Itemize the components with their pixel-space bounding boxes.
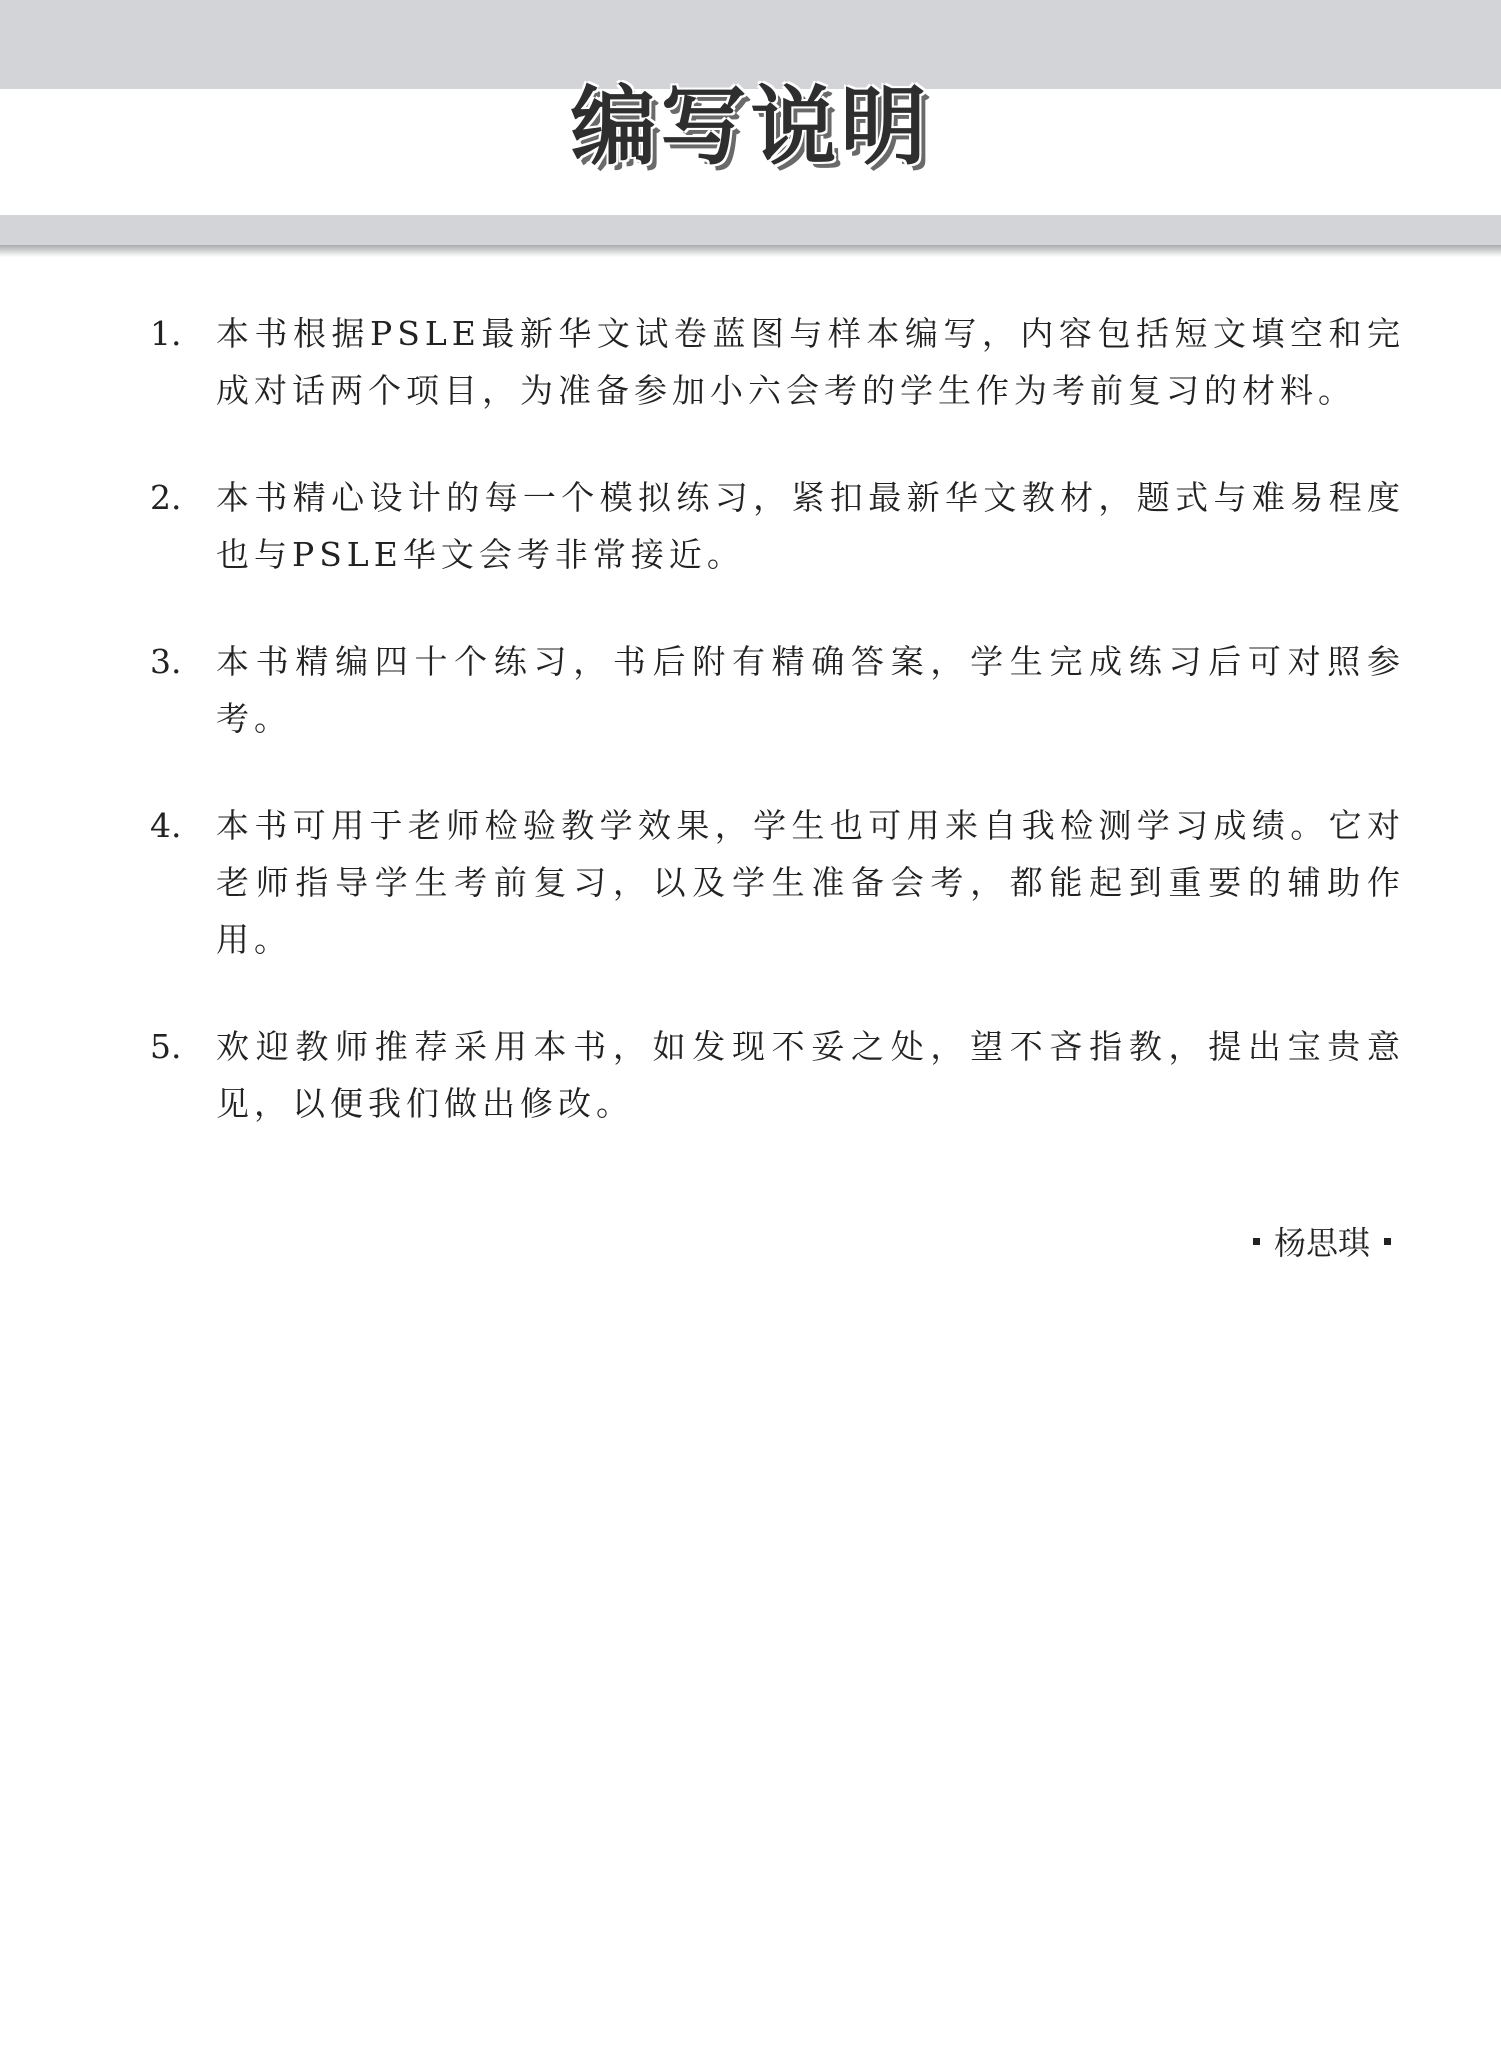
note-number: 5. [150,1018,216,1132]
header-band-top [0,0,1501,89]
note-text: 本书精心设计的每一个模拟练习，紧扣最新华文教材，题式与难易程度也与PSLE华文会… [216,469,1405,583]
header-band-bottom [0,215,1501,245]
note-item-4: 4. 本书可用于老师检验教学效果，学生也可用来自我检测学习成绩。它对老师指导学生… [150,797,1405,968]
note-number: 4. [150,797,216,968]
notes-list: 1. 本书根据PSLE最新华文试卷蓝图与样本编写，内容包括短文填空和完成对话两个… [150,305,1405,1182]
note-text: 本书根据PSLE最新华文试卷蓝图与样本编写，内容包括短文填空和完成对话两个项目，… [216,305,1405,419]
note-item-5: 5. 欢迎教师推荐采用本书，如发现不妥之处，望不吝指教，提出宝贵意见，以便我们做… [150,1018,1405,1132]
note-number: 3. [150,633,216,747]
note-item-2: 2. 本书精心设计的每一个模拟练习，紧扣最新华文教材，题式与难易程度也与PSLE… [150,469,1405,583]
note-number: 2. [150,469,216,583]
header-title-band: 编写说明 [0,89,1501,215]
bullet-dot-icon [1253,1238,1260,1245]
note-item-3: 3. 本书精编四十个练习，书后附有精确答案，学生完成练习后可对照参考。 [150,633,1405,747]
signature: 杨思琪 [1253,1218,1391,1264]
note-text: 欢迎教师推荐采用本书，如发现不妥之处，望不吝指教，提出宝贵意见，以便我们做出修改… [216,1018,1405,1132]
note-number: 1. [150,305,216,419]
author-name: 杨思琪 [1274,1218,1370,1264]
note-item-1: 1. 本书根据PSLE最新华文试卷蓝图与样本编写，内容包括短文填空和完成对话两个… [150,305,1405,419]
note-text: 本书精编四十个练习，书后附有精确答案，学生完成练习后可对照参考。 [216,633,1405,747]
page-title: 编写说明 [571,84,931,170]
header-band-shadow [0,245,1501,257]
note-text: 本书可用于老师检验教学效果，学生也可用来自我检测学习成绩。它对老师指导学生考前复… [216,797,1405,968]
bullet-dot-icon [1384,1238,1391,1245]
